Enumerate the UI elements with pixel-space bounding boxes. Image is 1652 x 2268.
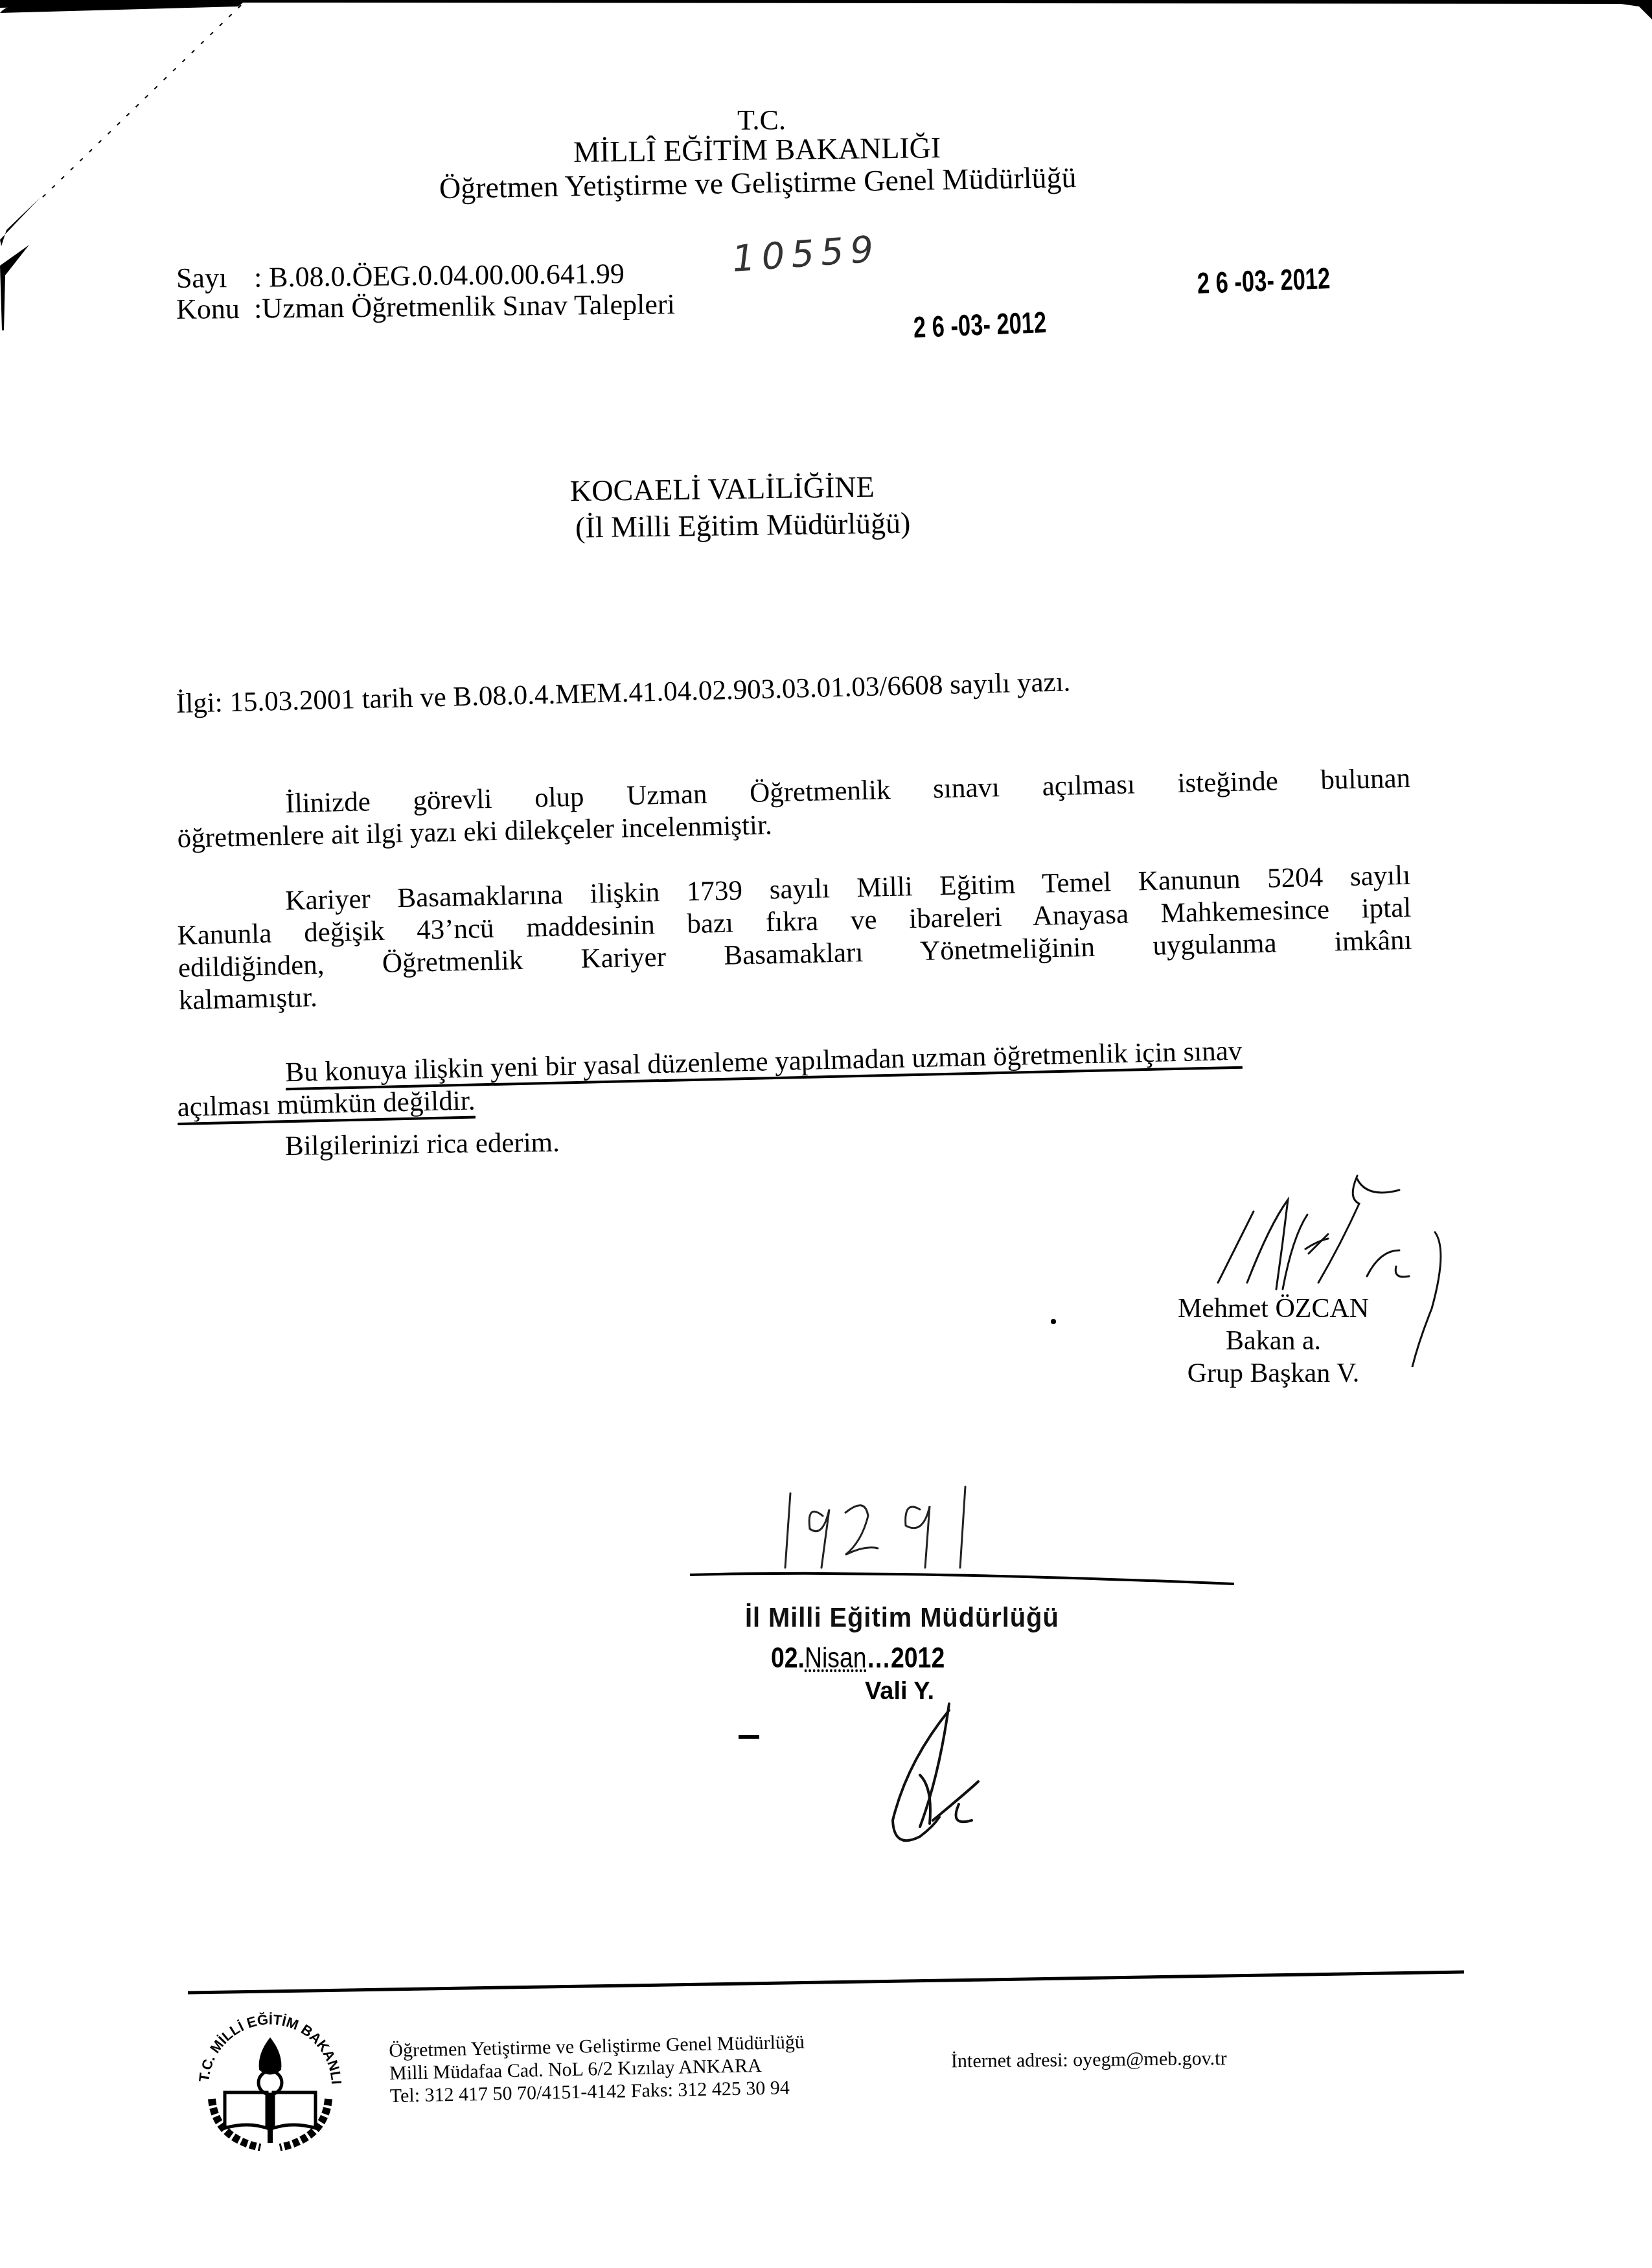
reference-line: İlgi: 15.03.2001 tarih ve B.08.0.4.MEM.4… xyxy=(176,666,1070,720)
registry-date-month: Nisan xyxy=(805,1642,867,1674)
registry-date-stamp: 02.Nisan…2012 xyxy=(771,1642,945,1675)
recipient-title: KOCAELİ VALİLİĞİNE xyxy=(570,470,875,509)
scan-mark xyxy=(739,1735,759,1739)
footer-email-link[interactable]: İnternet adresi: oyegm@meb.gov.tr xyxy=(951,2048,1227,2072)
sayi-label: Sayı xyxy=(176,261,255,295)
konu-label: Konu xyxy=(176,292,255,326)
body-paragraph-2: Kariyer Basamaklarına ilişkin 1739 sayıl… xyxy=(176,860,1413,1017)
header-directorate: Öğretmen Yetiştirme ve Geliştirme Genel … xyxy=(439,160,1077,205)
stamp-rule xyxy=(690,1570,1234,1589)
initials-signature-icon xyxy=(881,1697,1011,1866)
registry-date-day: 02. xyxy=(771,1642,805,1674)
scan-edge-artifacts xyxy=(0,0,1652,2268)
konu-value: :Uzman Öğretmenlik Sınav Talepleri xyxy=(254,288,675,325)
ministry-logo-icon: T.C. MİLLİ EĞİTİM BAKANLIĞI xyxy=(189,2008,351,2151)
body-paragraph-1: İlinizde görevli olup Uzman Öğretmenlik … xyxy=(176,762,1412,855)
signature-block: Mehmet ÖZCAN Bakan a. Grup Başkan V. xyxy=(1178,1292,1369,1390)
signatory-title-1: Bakan a. xyxy=(1178,1325,1369,1357)
closing-line: Bilgilerinizi rica ederim. xyxy=(285,1127,560,1162)
footer-address-block: Öğretmen Yetiştirme ve Geliştirme Genel … xyxy=(389,2031,806,2107)
recipient-subtitle: (İl Milli Eğitim Müdürlüğü) xyxy=(575,505,911,544)
registry-office-stamp: İl Milli Eğitim Müdürlüğü xyxy=(745,1602,1059,1633)
signatory-name: Mehmet ÖZCAN xyxy=(1178,1292,1369,1325)
scan-dot xyxy=(1051,1319,1056,1324)
sayi-value: : B.08.0.ÖEG.0.04.00.00.641.99 xyxy=(254,258,625,293)
date-stamp-2: 2 6 -03- 2012 xyxy=(1197,260,1331,301)
registry-date-year: 2012 xyxy=(891,1642,945,1674)
konu-row: Konu:Uzman Öğretmenlik Sınav Talepleri xyxy=(176,288,675,326)
footer-divider xyxy=(188,1969,1464,1995)
body-paragraph-3-underlined: Bu konuya ilişkin yeni bir yasal düzenle… xyxy=(176,1031,1412,1124)
underlined-text: açılması mümkün değildir. xyxy=(177,1086,476,1123)
handwritten-incoming-number: 10559 xyxy=(731,228,881,281)
signatory-title-2: Grup Başkan V. xyxy=(1178,1357,1369,1390)
date-stamp-1: 2 6 -03- 2012 xyxy=(913,304,1047,345)
